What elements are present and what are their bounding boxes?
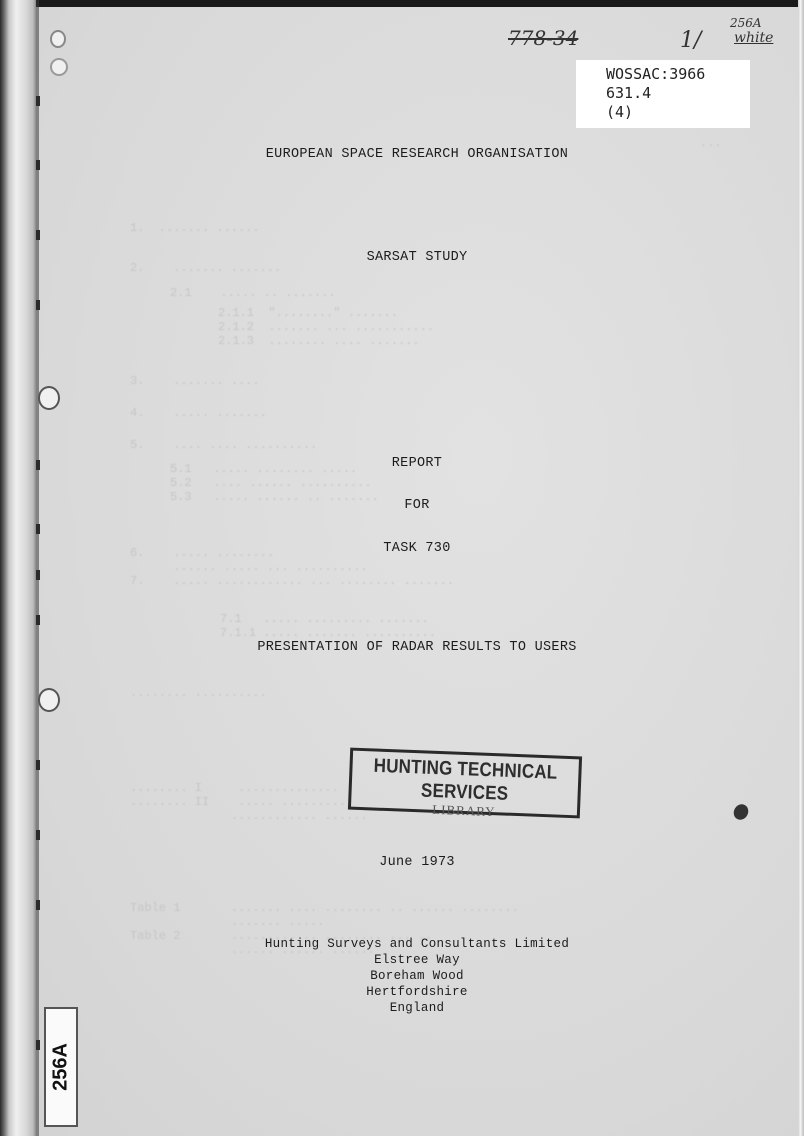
page-right-edge bbox=[798, 0, 804, 1136]
binder-ring bbox=[38, 688, 60, 712]
binder-tick bbox=[36, 524, 40, 534]
show-through-text: ........ I .............. ........ II ..… bbox=[130, 781, 368, 823]
show-through-text: 1. ....... ...... bbox=[130, 221, 260, 235]
binder-tick bbox=[36, 96, 40, 106]
report-date: June 1973 bbox=[40, 855, 794, 870]
binder-tick bbox=[36, 230, 40, 240]
catalogue-class: 631.4 bbox=[606, 84, 750, 103]
handwritten-mark: 1/ bbox=[680, 28, 701, 53]
organisation-heading: EUROPEAN SPACE RESEARCH ORGANISATION bbox=[40, 147, 794, 162]
binder-ring bbox=[38, 386, 60, 410]
report-title: PRESENTATION OF RADAR RESULTS TO USERS bbox=[40, 640, 794, 655]
ink-blot bbox=[731, 802, 751, 823]
study-title: SARSAT STUDY bbox=[40, 250, 794, 265]
address-line: Elstree Way bbox=[40, 952, 794, 968]
show-through-text: 3. ....... .... bbox=[130, 374, 260, 388]
address-line: England bbox=[40, 1000, 794, 1016]
address-line: Hertfordshire bbox=[40, 984, 794, 1000]
catalogue-copy: (4) bbox=[606, 103, 750, 122]
library-stamp: HUNTING TECHNICAL SERVICES LIBRARY bbox=[348, 748, 582, 819]
binder-tick bbox=[36, 830, 40, 840]
binder-tick bbox=[36, 460, 40, 470]
handwritten-note: white bbox=[734, 30, 773, 46]
report-label: REPORT bbox=[40, 456, 794, 471]
binder-ring bbox=[50, 58, 68, 76]
catalogue-label: WOSSAC:3966 631.4 (4) bbox=[576, 60, 750, 128]
binder-tick bbox=[36, 1040, 40, 1050]
show-through-text: 2.1 ..... .. ....... bbox=[170, 286, 336, 300]
binder-spine bbox=[0, 0, 36, 1136]
binder-ring bbox=[50, 30, 66, 48]
show-through-text: 2.1.1 "........" ....... 2.1.2 ....... .… bbox=[218, 306, 434, 348]
task-number: TASK 730 bbox=[40, 541, 794, 556]
handwritten-number: 778-34 bbox=[508, 26, 578, 50]
binder-tick bbox=[36, 760, 40, 770]
publisher-name: Hunting Surveys and Consultants Limited bbox=[40, 936, 794, 952]
show-through-text: 5. .... .... .......... bbox=[130, 438, 317, 452]
document-page: 1. ....... ...... 2. ....... ....... 2.1… bbox=[0, 6, 800, 1136]
binder-tick bbox=[36, 900, 40, 910]
catalogue-id: WOSSAC:3966 bbox=[606, 65, 750, 84]
show-through-text: 7.1 ..... ......... ....... 7.1.1 ..... … bbox=[220, 612, 436, 640]
binder-tick bbox=[36, 615, 40, 625]
stamp-title: HUNTING TECHNICAL SERVICES bbox=[351, 754, 579, 809]
binder-tick bbox=[36, 300, 40, 310]
address-line: Boreham Wood bbox=[40, 968, 794, 984]
binder-edge bbox=[36, 0, 39, 1136]
binder-tick bbox=[36, 160, 40, 170]
shelf-label: 256A bbox=[44, 1007, 78, 1127]
show-through-text: ........ .......... bbox=[130, 686, 267, 700]
handwritten-code: 256A bbox=[730, 16, 762, 30]
show-through-text: 4. ..... ....... bbox=[130, 406, 267, 420]
scan-edge bbox=[0, 0, 804, 7]
shelf-label-text: 256A bbox=[50, 1043, 73, 1091]
report-for-label: FOR bbox=[40, 498, 794, 513]
binder-tick bbox=[36, 570, 40, 580]
